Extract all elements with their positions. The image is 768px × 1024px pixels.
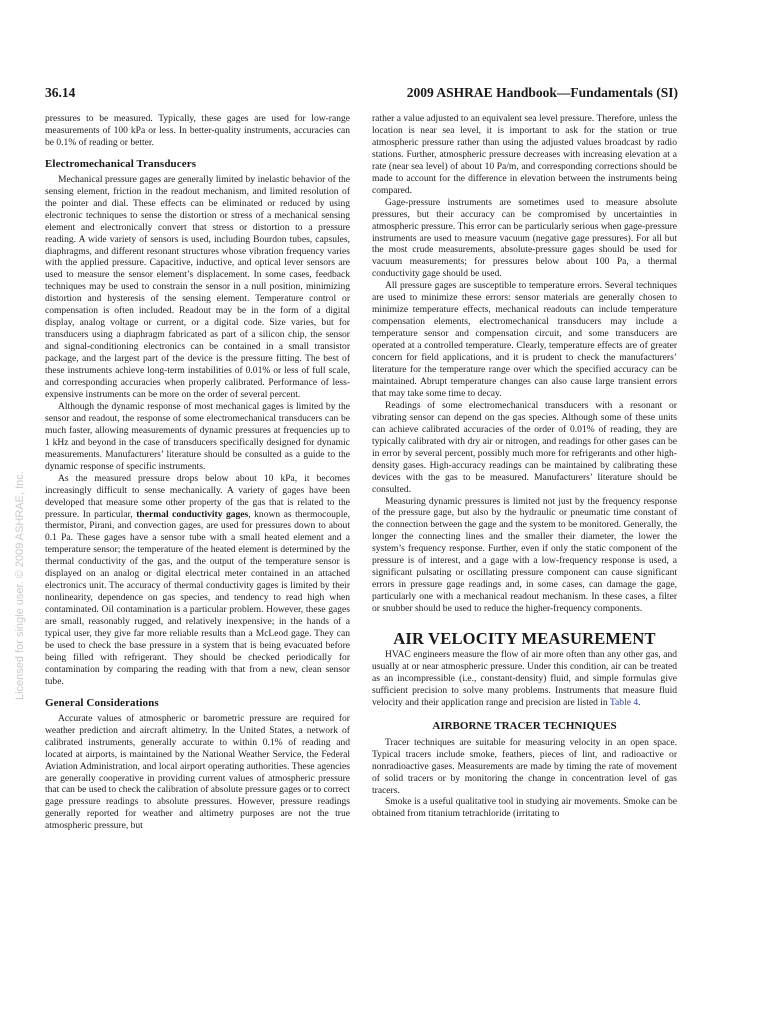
running-title: 2009 ASHRAE Handbook—Fundamentals (SI) — [407, 85, 678, 101]
license-watermark: Licensed for single user. © 2009 ASHRAE,… — [14, 380, 26, 700]
right-column: rather a value adjusted to an equivalent… — [372, 113, 677, 820]
heading-general-considerations: General Considerations — [45, 698, 350, 710]
paragraph-intro: pressures to be measured. Typically, the… — [45, 113, 350, 149]
paragraph-electromechanical-1: Mechanical pressure gages are generally … — [45, 174, 350, 401]
term-thermal-conductivity-gages: thermal conductivity gages — [136, 509, 248, 520]
paragraph-continuation: rather a value adjusted to an equivalent… — [372, 113, 677, 197]
table-4-link[interactable]: Table 4 — [610, 697, 638, 708]
paragraph-smoke: Smoke is a useful qualitative tool in st… — [372, 796, 677, 820]
page-header: 36.14 2009 ASHRAE Handbook—Fundamentals … — [45, 85, 678, 105]
paragraph-electromechanical-2: Although the dynamic response of most me… — [45, 401, 350, 473]
paragraph-text: . — [638, 697, 640, 708]
paragraph-tracer: Tracer techniques are suitable for measu… — [372, 737, 677, 797]
heading-airborne-tracer-techniques: AIRBORNE TRACER TECHNIQUES — [372, 721, 677, 733]
paragraph-electromechanical-3: As the measured pressure drops below abo… — [45, 473, 350, 688]
paragraph-text: , known as thermocouple, thermistor, Pir… — [45, 509, 350, 687]
paragraph-gage-pressure: Gage-pressure instruments are sometimes … — [372, 197, 677, 281]
paragraph-dynamic-pressures: Measuring dynamic pressures is limited n… — [372, 496, 677, 616]
heading-electromechanical-transducers: Electromechanical Transducers — [45, 159, 350, 171]
left-column: pressures to be measured. Typically, the… — [45, 113, 350, 832]
paragraph-hvac: HVAC engineers measure the flow of air m… — [372, 649, 677, 709]
paragraph-general-considerations: Accurate values of atmospheric or barome… — [45, 713, 350, 833]
heading-air-velocity-measurement: AIR VELOCITY MEASUREMENT — [372, 633, 677, 645]
paragraph-temperature-errors: All pressure gages are susceptible to te… — [372, 280, 677, 400]
page-number: 36.14 — [45, 85, 75, 101]
paragraph-resonant-readings: Readings of some electromechanical trans… — [372, 400, 677, 496]
